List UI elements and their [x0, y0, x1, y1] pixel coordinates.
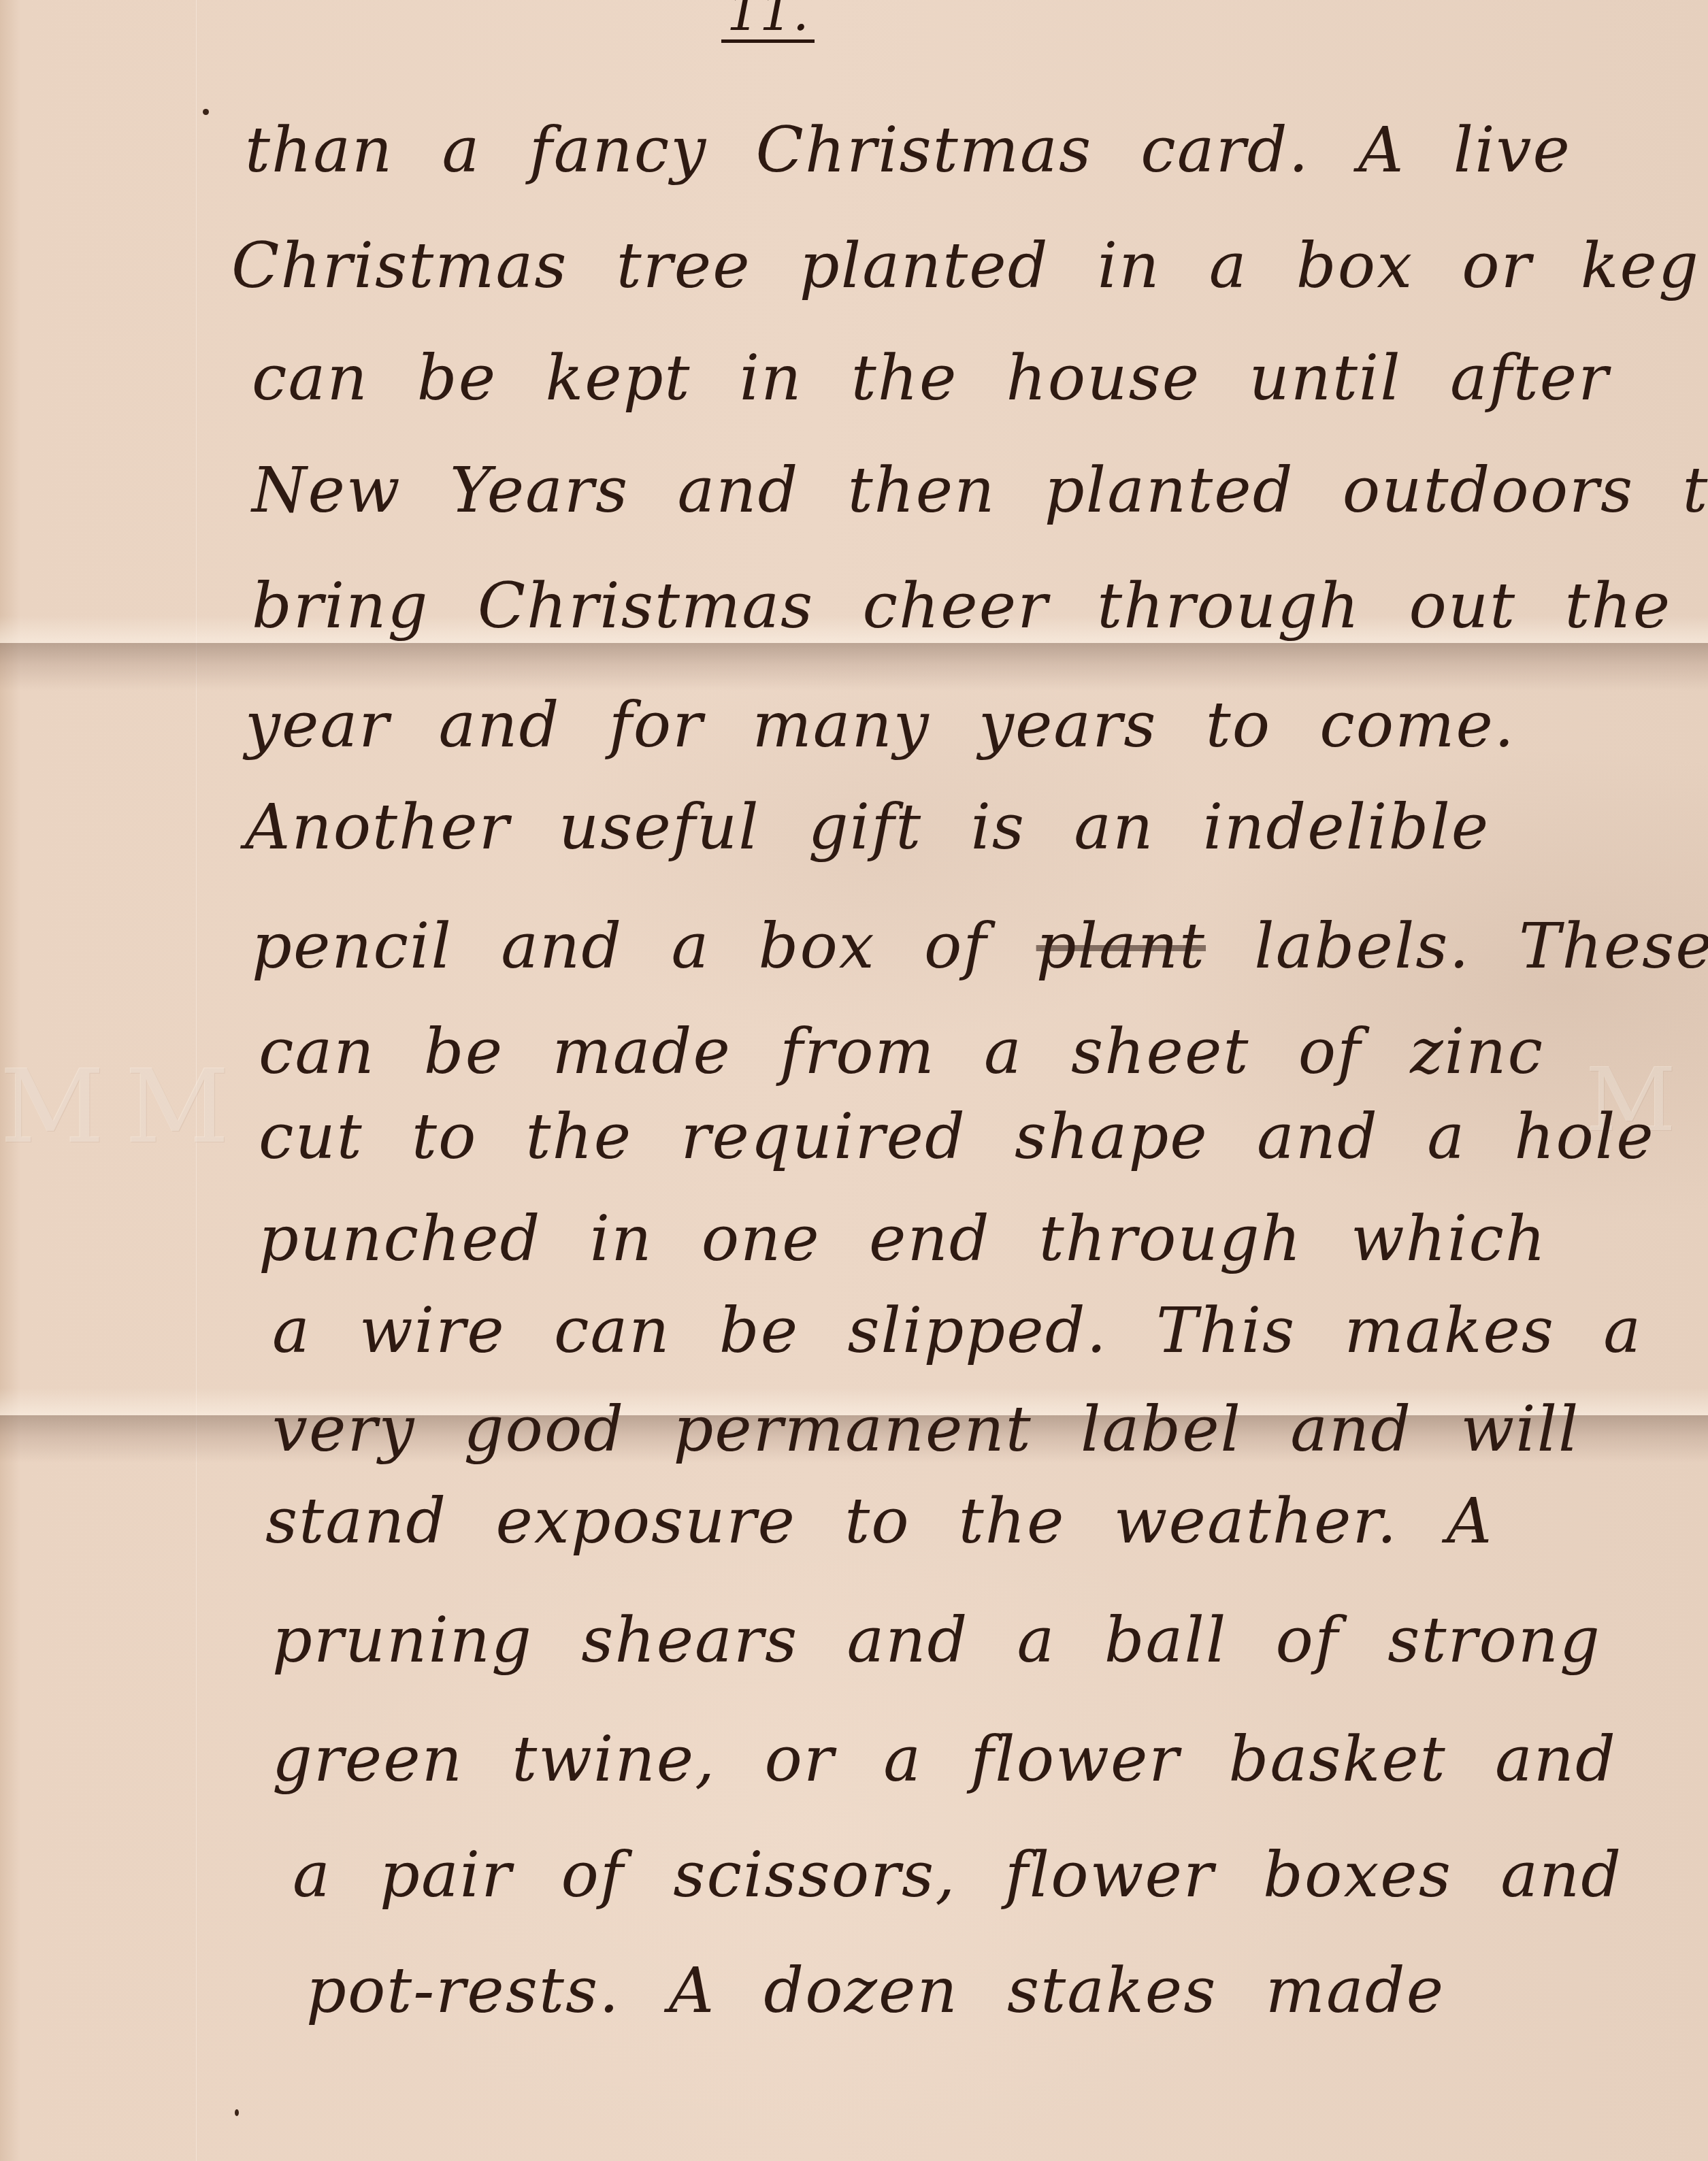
margin-dot	[203, 109, 209, 115]
manuscript-line: pruning shears and a ball of strong	[272, 1609, 1601, 1672]
manuscript-line: than a fancy Christmas card. A live	[245, 119, 1571, 182]
manuscript-line: a wire can be slipped. This makes a	[272, 1300, 1642, 1362]
manuscript-line: bring Christmas cheer through out the	[252, 575, 1671, 638]
manuscript-line: a pair of scissors, flower boxes and	[293, 1844, 1622, 1907]
manuscript-line: green twine, or a flower basket and	[272, 1728, 1617, 1791]
manuscript-line: year and for many years to come.	[245, 694, 1515, 757]
manuscript-line: very good permanent label and will	[272, 1398, 1580, 1461]
manuscript-line: can be made from a sheet of zinc	[259, 1021, 1544, 1083]
line-text: labels. These	[1206, 910, 1708, 983]
manuscript-line: can be kept in the house until after	[252, 347, 1609, 410]
manuscript-line: New Years and then planted outdoors to	[252, 459, 1708, 522]
manuscript-line: cut to the required shape and a hole	[259, 1106, 1655, 1168]
manuscript-line: pencil and a box of plant labels. These	[252, 915, 1708, 978]
margin-dot	[235, 2109, 239, 2116]
manuscript-line: Christmas tree planted in a box or keg	[231, 235, 1700, 297]
manuscript-line: stand exposure to the weather. A	[265, 1490, 1493, 1553]
corrected-word: plant	[1036, 910, 1206, 983]
manuscript-line: punched in one end through which	[259, 1208, 1547, 1270]
manuscript-text: than a fancy Christmas card. A live Chri…	[0, 0, 1708, 2161]
manuscript-line: pot-rests. A dozen stakes made	[306, 1960, 1445, 2022]
manuscript-line: Another useful gift is an indelible	[245, 796, 1490, 859]
line-text: pencil and a box of	[252, 910, 1036, 983]
